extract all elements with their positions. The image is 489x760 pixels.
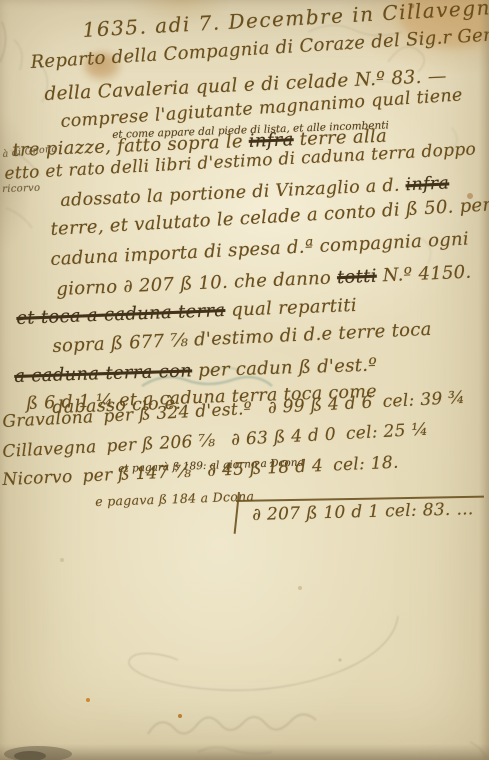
place-name: Nicorvo <box>2 467 73 490</box>
celade-value: cel: 18. <box>333 453 399 476</box>
line-segment: N.º 4150. <box>376 262 472 287</box>
struck-word: infra <box>405 173 450 195</box>
celade-value: cel: 39 ¾ <box>382 388 465 412</box>
manuscript-page: 1635. adi 7. Decembre in Cillavegna Repa… <box>0 0 489 760</box>
margin-note: ricorvo <box>2 183 41 195</box>
struck-word: totti <box>337 266 378 289</box>
bottom-edge-blotch <box>4 746 72 760</box>
